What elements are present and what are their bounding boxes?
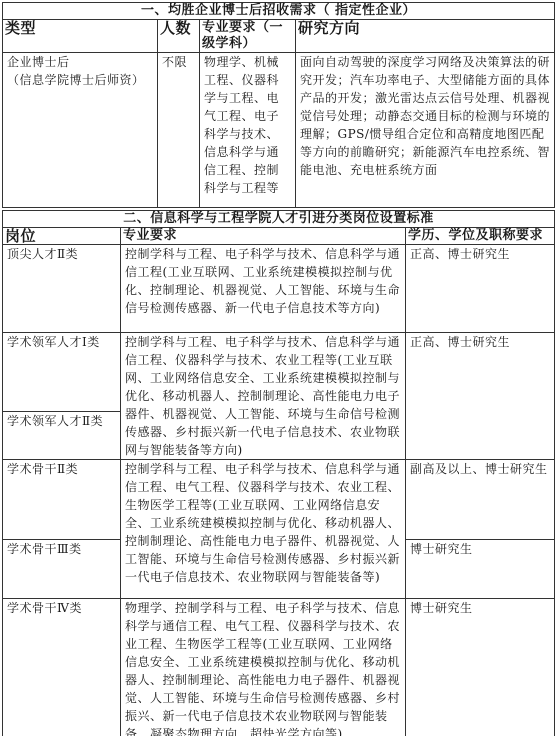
cell-major: 物理学、控制学科与工程、电子科学与技术、信息科学与通信工程、电气工程、仪器科学与… (121, 599, 406, 736)
cell-requirement: 副高及以上、博士研究生 (406, 460, 555, 540)
table-row: 学术骨干Ⅳ类 物理学、控制学科与工程、电子科学与技术、信息科学与通信工程、电气工… (3, 599, 555, 736)
cell-position: 学术骨干Ⅳ类 (3, 599, 121, 736)
header-major: 专业要求（一级学科） (200, 20, 296, 53)
cell-position: 学术领军人才Ⅱ类 (3, 412, 121, 460)
header-requirement: 学历、学位及职称要求 (406, 228, 555, 245)
cell-requirement: 博士研究生 (406, 599, 555, 736)
cell-major: 控制学科与工程、电子科学与技术、信息科学与通信工程(工业互联网、工业系统建模模拟… (121, 245, 406, 333)
header-position: 岗位 (3, 228, 121, 245)
cell-type: 企业博士后 （信息学院博士后师资） (3, 53, 158, 208)
cell-requirement: 正高、博士研究生 (406, 245, 555, 333)
table2-header-row: 岗位 专业要求 学历、学位及职称要求 (3, 228, 555, 245)
table-row: 顶尖人才Ⅱ类 控制学科与工程、电子科学与技术、信息科学与通信工程(工业互联网、工… (3, 245, 555, 333)
cell-position: 学术领军人才Ⅰ类 (3, 333, 121, 412)
cell-requirement: 博士研究生 (406, 540, 555, 599)
table-row: 学术领军人才Ⅰ类 控制学科与工程、电子科学与技术、信息科学与通信工程、仪器科学与… (3, 333, 555, 412)
header-type: 类型 (3, 20, 158, 53)
cell-position: 顶尖人才Ⅱ类 (3, 245, 121, 333)
cell-major: 控制学科与工程、电子科学与技术、信息科学与通信工程、仪器科学与技术、农业工程等(… (121, 333, 406, 460)
table2-title: 二、信息科学与工程学院人才引进分类岗位设置标准 (3, 211, 555, 228)
table-row: 学术骨干Ⅱ类 控制学科与工程、电子科学与技术、信息科学与通信工程、电气工程、仪器… (3, 460, 555, 540)
header-major: 专业要求 (121, 228, 406, 245)
cell-position: 学术骨干Ⅲ类 (3, 540, 121, 599)
cell-major: 控制学科与工程、电子科学与技术、信息科学与通信工程、电气工程、仪器科学与技术、农… (121, 460, 406, 599)
cell-direction: 面向自动驾驶的深度学习网络及决策算法的研究开发；汽车功率电子、大型储能方面的具体… (296, 53, 555, 208)
cell-requirement: 正高、博士研究生 (406, 333, 555, 460)
header-direction: 研究方向 (296, 20, 555, 53)
header-count: 人数 (158, 20, 200, 53)
table1-header-row: 类型 人数 专业要求（一级学科） 研究方向 (3, 20, 555, 53)
table1-title: 一、均胜企业博士后招收需求（ 指定性企业） (3, 3, 555, 20)
talent-position-table: 二、信息科学与工程学院人才引进分类岗位设置标准 岗位 专业要求 学历、学位及职称… (2, 210, 555, 736)
cell-major: 物理学、机械工程、仪器科学与工程、电气工程、电子科学与技术、信息科学与通信工程、… (200, 53, 296, 208)
cell-count: 不限 (158, 53, 200, 208)
postdoc-demand-table: 一、均胜企业博士后招收需求（ 指定性企业） 类型 人数 专业要求（一级学科） 研… (2, 2, 555, 208)
table-row: 企业博士后 （信息学院博士后师资） 不限 物理学、机械工程、仪器科学与工程、电气… (3, 53, 555, 208)
cell-position: 学术骨干Ⅱ类 (3, 460, 121, 540)
